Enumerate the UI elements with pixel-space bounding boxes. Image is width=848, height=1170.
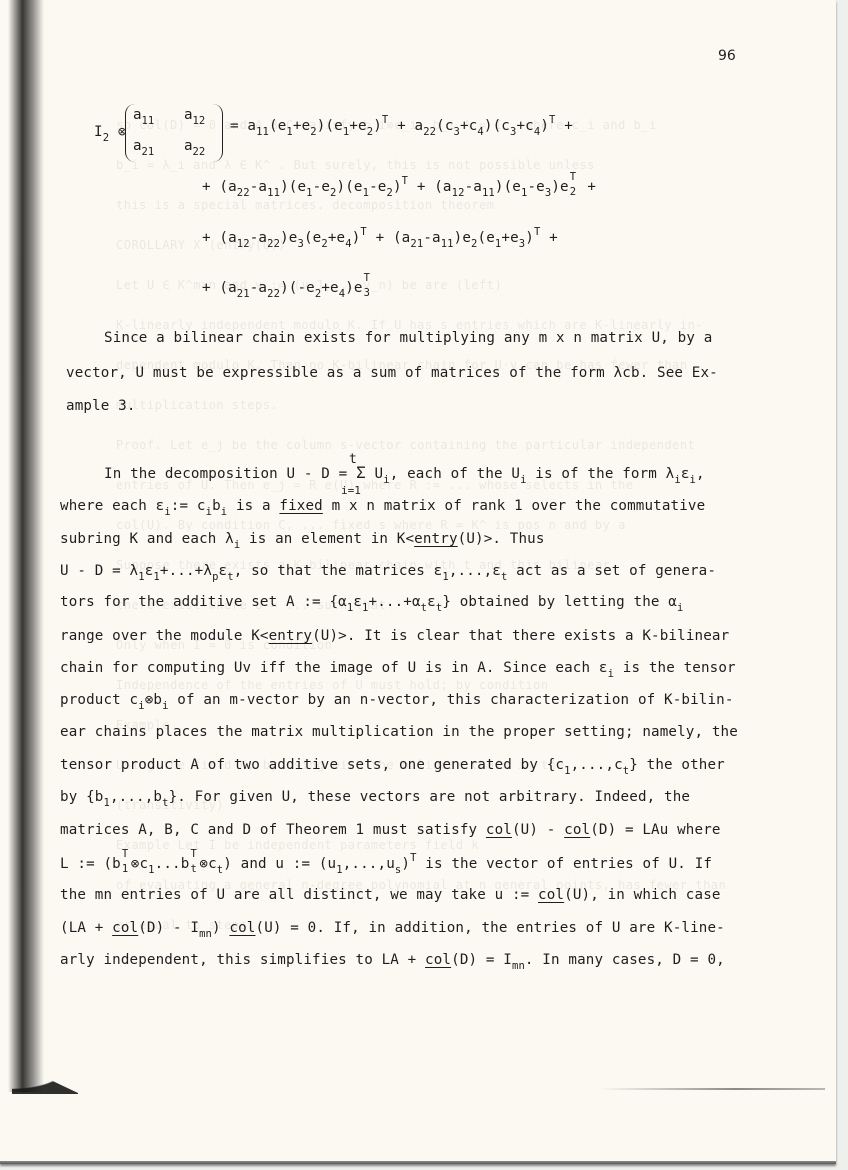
paragraph-line: matrices A, B, C and D of Theorem 1 must… [60,822,721,838]
paragraph-line: ear chains places the matrix multiplicat… [60,724,738,740]
binding-shadow-foot [12,1068,78,1094]
paragraph-line: where each εi:= cibi is a fixed m x n ma… [60,498,705,514]
paragraph-line: subring K and each λi is an element in K… [60,531,545,547]
paragraph-line: tensor product A of two additive sets, o… [60,757,725,773]
matrix-cell: a12 [184,107,205,123]
binding-shadow [8,0,44,1092]
scanned-page: so col(D) = 0 and A,B,C satisfy b_i⊗c_i,… [0,0,836,1164]
paragraph-line: range over the module K<entry(U)>. It is… [60,628,729,644]
equation-line: = a11(e1+e2)(e1+e2)T + a22(c3+c4)(c3+c4)… [230,118,573,134]
paragraph-line: U - D = λ1ε1+...+λpεt, so that the matri… [60,563,716,579]
page-number: 96 [718,48,736,64]
paragraph-line: tors for the additive set A := {α1ε1+...… [60,594,684,610]
paragraph-line: chain for computing Uv iff the image of … [60,660,736,676]
paragraph-line: In the decomposition U - D = Σ Ui, each … [104,463,705,482]
paragraph-line: Since a bilinear chain exists for multip… [104,330,712,346]
matrix-cell: a11 [133,107,154,123]
equation-matrix: a11 a12 a21 a22 [125,104,223,162]
paragraph-line: (LA + col(D) - Imn) col(U) = 0. If, in a… [60,920,725,936]
matrix-cell: a21 [133,138,154,154]
paragraph-line: vector, U must be expressible as a sum o… [66,365,718,381]
bleed-through-line: multiplication steps. [116,398,278,412]
bleed-through-line: this is a special matrices. decompositio… [116,198,495,212]
bleed-through-line: Proof. Let e_j be the column s-vector co… [116,438,695,452]
paragraph-line: ample 3. [66,398,136,414]
page-bottom-edge [600,1088,825,1090]
paragraph-line: arly independent, this simplifies to LA … [60,952,725,968]
bleed-through-line: col(U). By condition C, ... fixed s wher… [116,518,626,532]
equation-lhs-prefix: I2 ⊗ [94,124,127,140]
paragraph-line: L := (b1T⊗c1...btT⊗ct) and u := (u1,...,… [60,854,712,872]
equation-line: + (a22-a11)(e1-e2)(e1-e2)T + (a12-a11)(e… [202,177,596,195]
sum-lower-limit: i=1 [341,484,361,497]
equation-line: + (a12-a22)e3(e2+e4)T + (a21-a11)e2(e1+e… [202,230,558,246]
paragraph-line: the mn entries of U are all distinct, we… [60,887,721,903]
bleed-through-line: Example Let I be independent parameters … [116,838,479,852]
paragraph-line: product ci⊗bi of an m-vector by an n-vec… [60,692,734,708]
equation-line: + (a21-a22)(-e2+e4)e3T [202,278,373,296]
bleed-through-line: Independence of the entries of U must ho… [116,678,549,692]
paragraph-line: by {b1,...,bt}. For given U, these vecto… [60,789,690,805]
matrix-cell: a22 [184,138,205,154]
